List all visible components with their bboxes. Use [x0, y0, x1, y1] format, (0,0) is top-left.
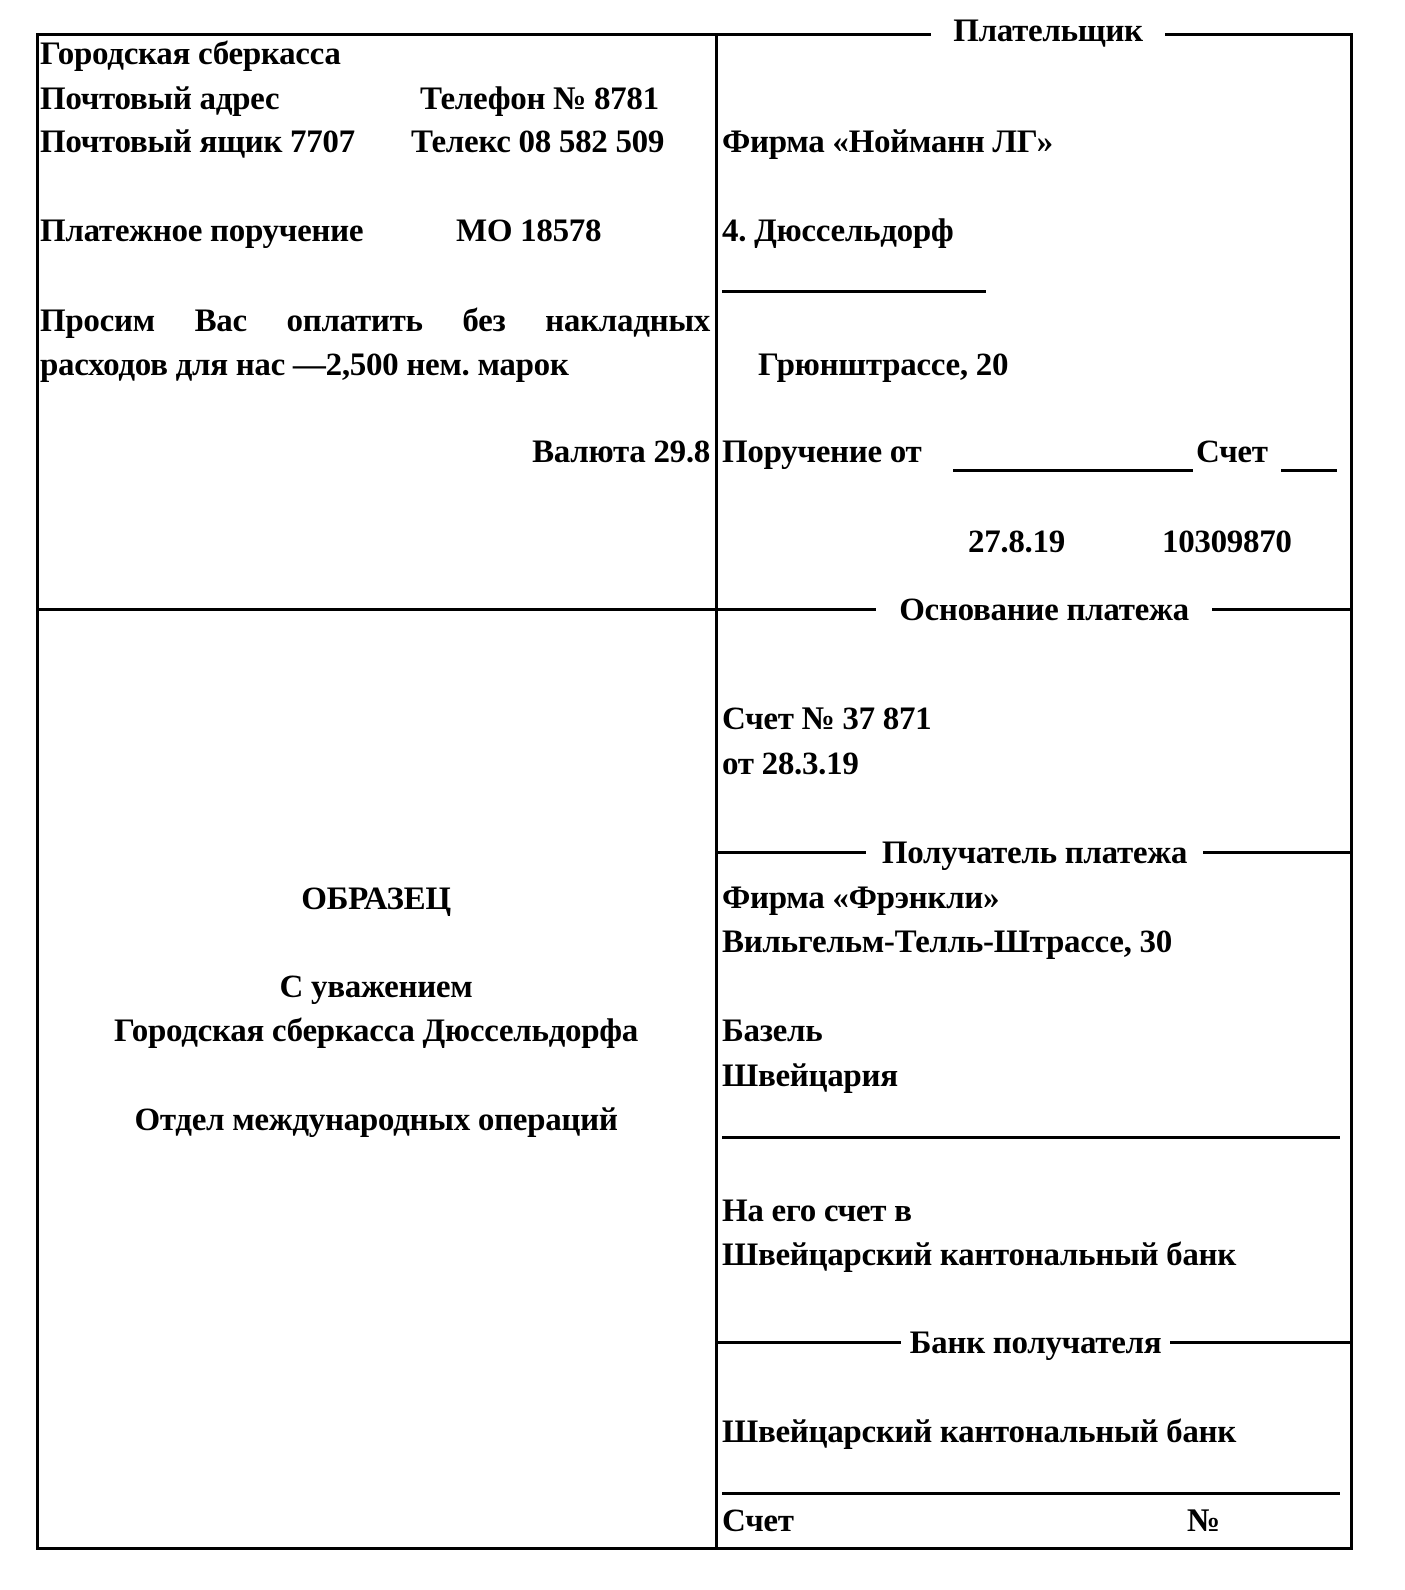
sample-stamp: ОБРАЗЕЦ	[36, 880, 716, 918]
frame-middle	[715, 33, 718, 1550]
recipient-divider-b	[1203, 851, 1353, 854]
recipient-city: Базель	[722, 1012, 822, 1050]
left-divider	[36, 608, 716, 611]
recipient-heading: Получатель платежа	[866, 834, 1203, 872]
payer-account-number: 10309870	[1162, 523, 1292, 561]
payment-order-label: Платежное поручение	[40, 212, 363, 250]
account-blank	[1281, 469, 1337, 472]
basis-divider-b	[1212, 608, 1353, 611]
payment-order-number: МО 18578	[456, 212, 601, 250]
recipient-divider-a	[716, 851, 866, 854]
recipient-bank-name: Швейцарский кантональный банк	[722, 1413, 1236, 1451]
recipient-country: Швейцария	[722, 1057, 898, 1095]
closing-bank: Городская сберкасса Дюссельдорфа	[36, 1012, 716, 1050]
order-from-label: Поручение от	[722, 433, 921, 471]
payer-company: Фирма «Нойманн ЛГ»	[722, 123, 1053, 161]
order-date: 27.8.19	[968, 523, 1065, 561]
request-line-2: расходов для нас —2,500 нем. марок	[40, 346, 569, 384]
payer-account-label: Счет	[1196, 433, 1268, 471]
sender-telex: Телекс 08 582 509	[411, 123, 664, 161]
order-date-blank	[953, 469, 1193, 472]
frame-top-right-b	[1165, 33, 1353, 36]
bank-divider-a	[716, 1341, 901, 1344]
recipient-bank: Швейцарский кантональный банк	[722, 1236, 1236, 1274]
recipient-company: Фирма «Фрэнкли»	[722, 879, 999, 917]
recipient-to-account: На его счет в	[722, 1192, 912, 1230]
basis-invoice: Счет № 37 871	[722, 700, 931, 738]
currency: Валюта 29.8	[400, 433, 710, 471]
sender-phone: Телефон № 8781	[420, 80, 659, 118]
closing-regards: С уважением	[36, 968, 716, 1006]
recipient-street: Вильгельм-Телль-Штрассе, 30	[722, 923, 1172, 961]
closing-department: Отдел международных операций	[36, 1101, 716, 1139]
payer-city-rule	[722, 290, 986, 293]
sender-po-box: Почтовый ящик 7707	[40, 123, 355, 161]
recipient-bank-number-label: №	[1187, 1502, 1220, 1540]
payer-street: Грюнштрассе, 20	[758, 346, 1008, 384]
bank-divider-b	[1170, 1341, 1353, 1344]
payer-heading: Плательщик	[931, 12, 1165, 50]
frame-right	[1350, 33, 1353, 1550]
request-line-1: Просим Вас оплатить без накладных	[40, 302, 710, 340]
postal-address-label: Почтовый адрес	[40, 80, 279, 118]
payment-basis-heading: Основание платежа	[876, 591, 1212, 629]
recipient-bank-heading: Банк получателя	[901, 1324, 1170, 1362]
recipient-bank-account-label: Счет	[722, 1502, 794, 1540]
sender-bank-name: Городская сберкасса	[40, 35, 341, 73]
basis-divider-a	[716, 608, 876, 611]
basis-invoice-date: от 28.3.19	[722, 745, 859, 783]
payer-city: 4. Дюссельдорф	[722, 212, 953, 250]
frame-left	[36, 33, 39, 1550]
recipient-inner-rule	[722, 1136, 1340, 1139]
bank-account-rule	[722, 1492, 1340, 1495]
frame-bottom	[36, 1547, 1353, 1550]
frame-top-right-a	[716, 33, 931, 36]
